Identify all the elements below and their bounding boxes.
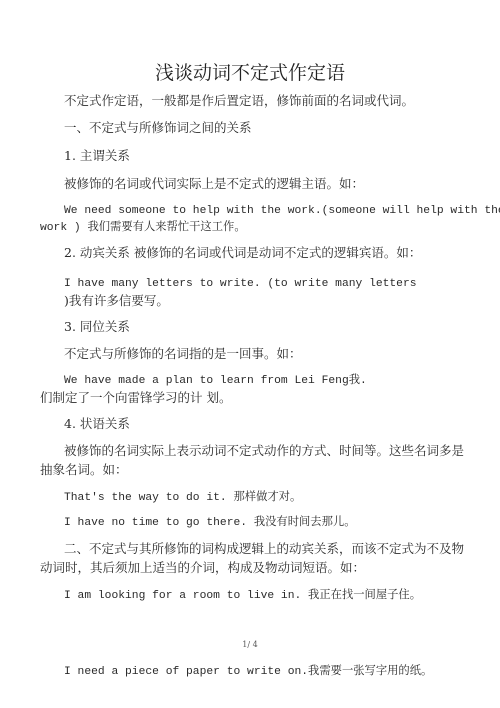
example-line: We need someone to help with the work.(s… <box>64 203 500 219</box>
example-line: )我有许多信要写。 <box>64 293 169 309</box>
example-line: We have made a plan to learn from Lei Fe… <box>64 373 367 389</box>
example-line: I have no time to go there. 我没有时间去那儿。 <box>64 515 356 531</box>
paragraph-line: 被修饰的名词或代词实际上是不定式的逻辑主语。如： <box>64 176 364 192</box>
example-line: I have many letters to write. (to write … <box>64 276 417 292</box>
example-line: I need a piece of paper to write on.我需要一… <box>64 664 432 680</box>
section-heading: 二、不定式与其所修饰的词构成逻辑上的动宾关系，而该不定式为不及物 <box>64 541 464 557</box>
example-line: 们制定了一个向雷锋学习的计 划。 <box>40 390 231 406</box>
subsection-heading: 3. 同位关系 <box>64 319 130 335</box>
example-line: That's the way to do it. 那样做才对。 <box>64 490 301 506</box>
example-line: work ) 我们需要有人来帮忙干这工作。 <box>40 220 246 236</box>
paragraph-line: 抽象名词。如： <box>40 462 128 478</box>
paragraph-line: 不定式作定语，一般都是作后置定语，修饰前面的名词或代词。 <box>64 93 414 109</box>
paragraph-line: 被修饰的名词实际上表示动词不定式动作的方式、时间等。这些名词多是 <box>64 443 464 459</box>
subsection-heading: 2. 动宾关系 被修饰的名词或代词是动词不定式的逻辑宾语。如： <box>64 245 421 261</box>
subsection-heading: 1. 主谓关系 <box>64 148 130 164</box>
example-line: I am looking for a room to live in. 我正在找… <box>64 588 421 604</box>
subsection-heading: 4. 状语关系 <box>64 416 130 432</box>
page-indicator: 1/ 4 <box>0 640 500 649</box>
document-title: 浅谈动词不定式作定语 <box>0 61 500 85</box>
section-heading: 一、不定式与所修饰词之间的关系 <box>64 120 252 136</box>
paragraph-line: 动词时，其后须加上适当的介词，构成及物动词短语。如： <box>40 560 365 576</box>
paragraph-line: 不定式与所修饰的名词指的是一回事。如： <box>64 346 302 362</box>
